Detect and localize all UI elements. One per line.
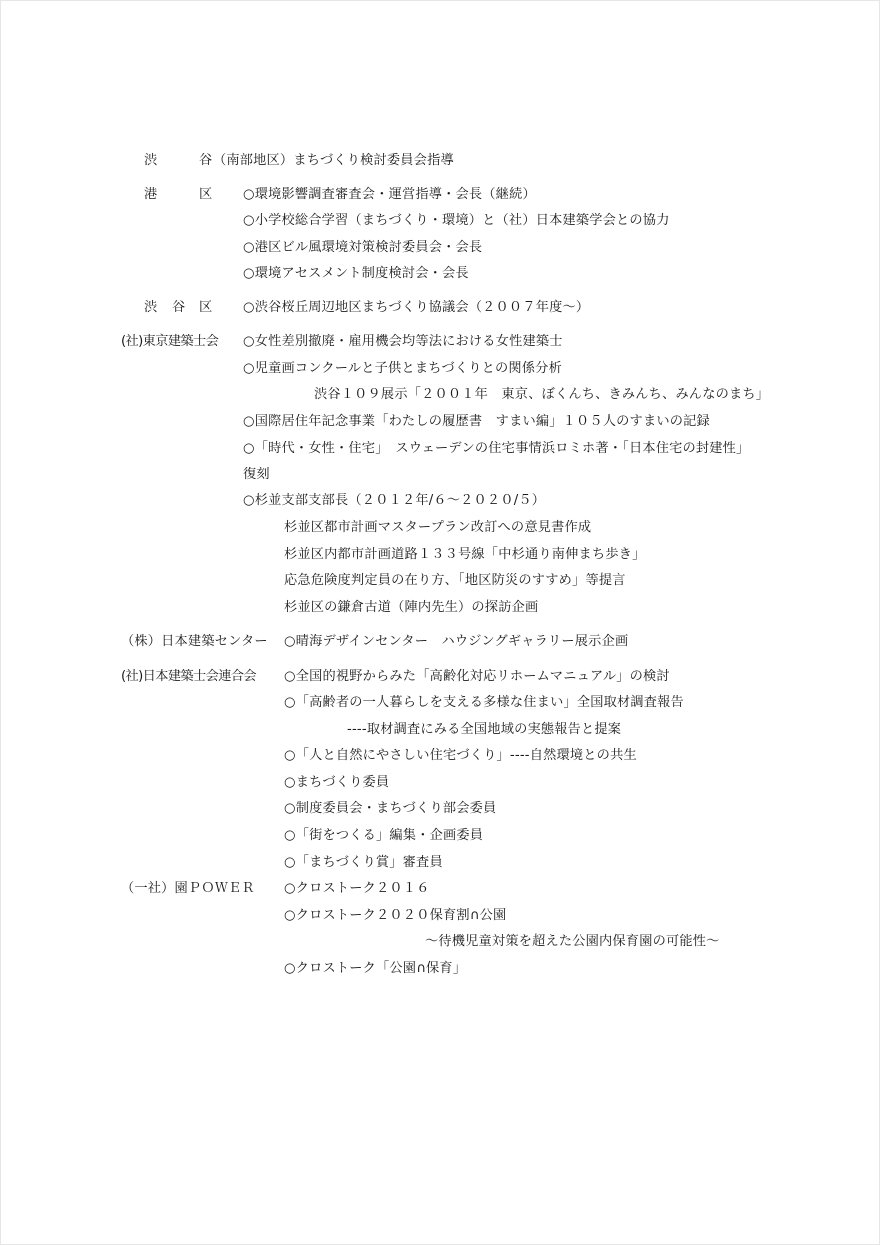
minato-item-2: ○港区ビル風環境対策検討委員会・会長: [243, 240, 482, 256]
document-page: 渋 谷 （南部地区）まちづくり検討委員会指導 港 区 ○環境影響調査審査会・運営…: [0, 0, 880, 1245]
tokyo-item-7: 杉並区都市計画マスタープラン改訂への意見書作成: [284, 520, 591, 536]
org-label-shibuyaku-char2: 谷: [172, 300, 185, 316]
rengokai-item-0: ○全国的視野からみた「高齢化対応リホームマニュアル」の検討: [284, 669, 670, 685]
org-label-shibuya-char1: 渋: [144, 153, 157, 169]
shibuyaku-item-0: ○渋谷桜丘周辺地区まちづくり協議会（２００７年度～）: [243, 300, 589, 316]
tokyo-item-2: 渋谷１０９展示「２００１年 東京、ぼくんち、きみんち、みんなのまち」: [314, 387, 769, 403]
org-label-shibuya-char2: 谷: [199, 153, 212, 169]
minato-item-3: ○環境アセスメント制度検討会・会長: [243, 266, 469, 282]
rengokai-item-6: ○「街をつくる」編集・企画委員: [284, 828, 483, 844]
org-label-en-power: （一社）園ＰＯＷＥＲ: [121, 881, 255, 897]
enpower-item-2: ～待機児童対策を超えた公園内保育園の可能性～: [425, 934, 720, 950]
tokyo-item-5: 復刻: [243, 467, 270, 483]
tokyo-item-1: ○児童画コンクールと子供とまちづくりとの関係分析: [243, 361, 562, 377]
enpower-item-0: ○クロストーク２０１６: [284, 881, 430, 897]
tokyo-item-3: ○国際居住年記念事業「わたしの履歴書 すまい編」１０５人のすまいの記録: [243, 414, 710, 430]
rengokai-item-4: ○まちづくり委員: [284, 775, 389, 791]
org-label-kenchikushikai-rengokai: (社)日本建築士会連合会: [121, 669, 256, 685]
org-label-minato-char2: 区: [199, 187, 212, 203]
rengokai-item-1: ○「高齢者の一人暮らしを支える多様な住まい」全国取材調査報告: [284, 695, 684, 711]
org-label-nihon-kenchiku-center: （株）日本建築センター: [121, 634, 268, 650]
rengokai-item-5: ○制度委員会・まちづくり部会委員: [284, 801, 496, 817]
rengokai-item-3: ○「人と自然にやさしい住宅づくり」----自然環境との共生: [284, 748, 637, 764]
shibuya-item-0: （南部地区）まちづくり検討委員会指導: [213, 153, 454, 169]
minato-item-0: ○環境影響調査審査会・運営指導・会長（継続）: [243, 187, 536, 203]
tokyo-item-0: ○女性差別撤廃・雇用機会均等法における女性建築士: [243, 334, 563, 350]
enpower-item-3: ○クロストーク「公園∩保育」: [284, 961, 466, 977]
tokyo-item-4: ○「時代・女性・住宅」 スウェーデンの住宅事情浜ロミホ著・「日本住宅の封建性」: [243, 441, 749, 457]
center-item-0: ○晴海デザインセンター ハウジングギャラリー展示企画: [284, 634, 628, 650]
tokyo-item-9: 応急危険度判定員の在り方、「地区防災のすすめ」等提言: [284, 573, 626, 589]
org-label-shibuyaku-char3: 区: [199, 300, 212, 316]
enpower-item-1: ○クロストーク２０２０保育割∩公園: [284, 908, 506, 924]
tokyo-item-6: ○杉並支部支部長（２０１２年/６～２０２０/５）: [243, 493, 545, 509]
rengokai-item-7: ○「まちづくり賞」審査員: [284, 855, 443, 871]
rengokai-item-2: ----取材調査にみる全国地域の実態報告と提案: [347, 722, 621, 738]
tokyo-item-8: 杉並区内都市計画道路１３３号線「中杉通り南伸まち歩き」: [284, 547, 645, 563]
minato-item-1: ○小学校総合学習（まちづくり・環境）と（社）日本建築学会との協力: [243, 213, 670, 229]
org-label-tokyo-kenchikushikai: (社)東京建築士会: [121, 334, 218, 350]
org-label-minato-char1: 港: [144, 187, 157, 203]
tokyo-item-10: 杉並区の鎌倉古道（陣内先生）の探訪企画: [284, 600, 538, 616]
org-label-shibuyaku-char1: 渋: [144, 300, 157, 316]
